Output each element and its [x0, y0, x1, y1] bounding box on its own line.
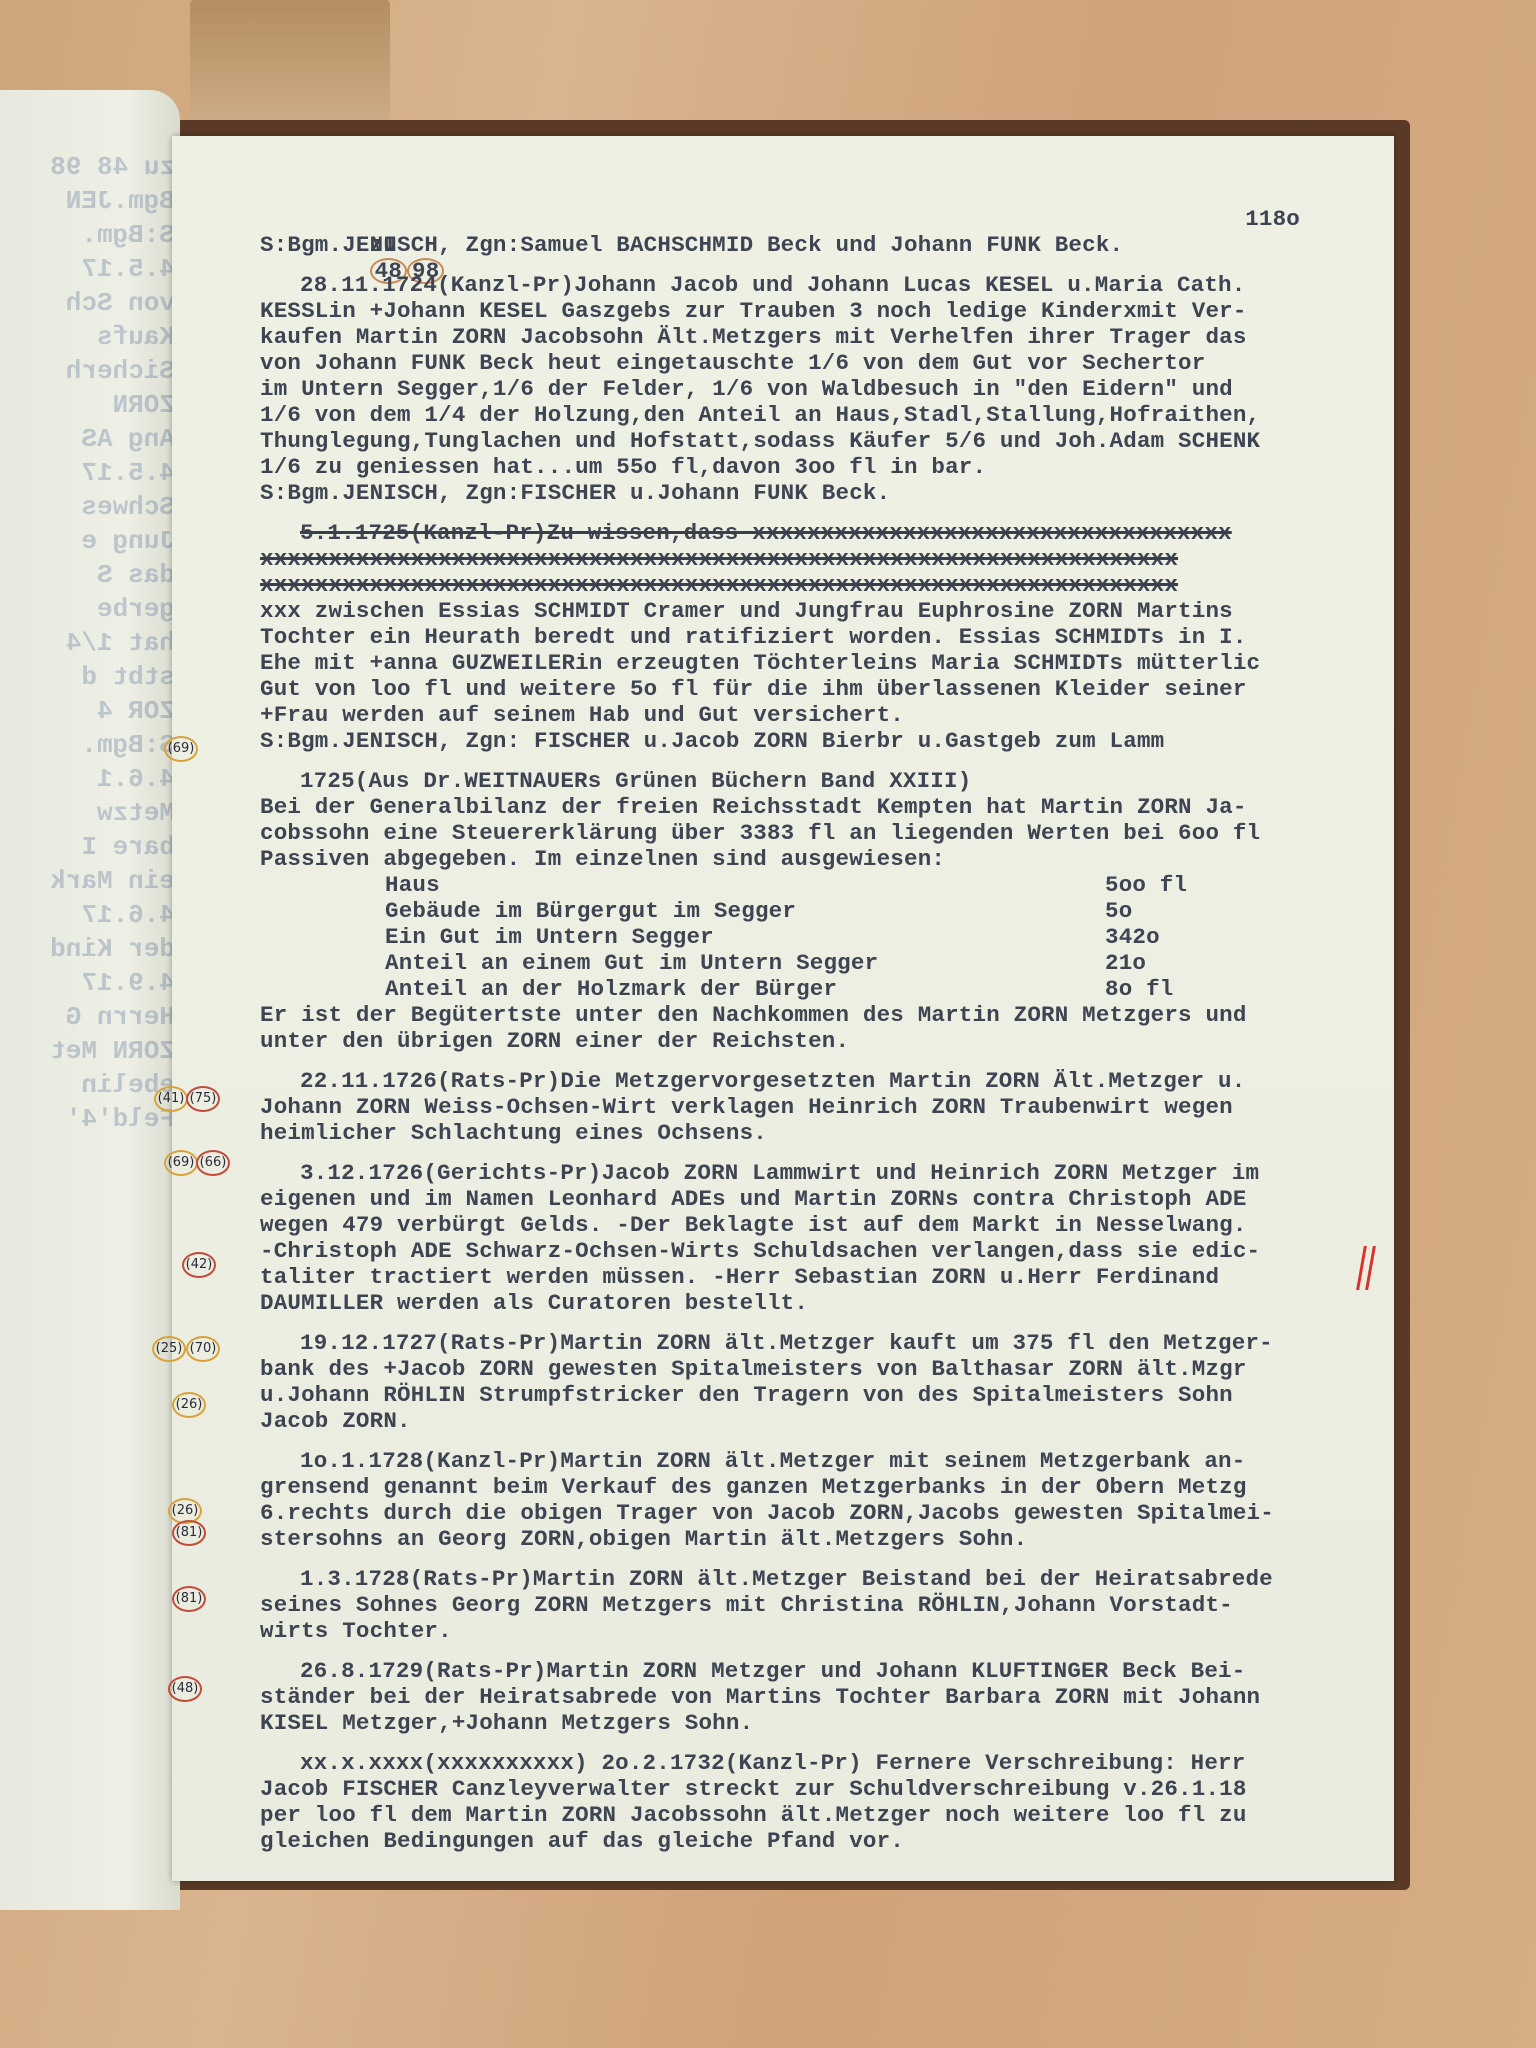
- margin-note: (75): [186, 1086, 220, 1112]
- margin-note: (69): [164, 1150, 198, 1176]
- asset-item: Anteil an einem Gut im Untern Segger: [385, 950, 1105, 976]
- text-line: unter den übrigen ZORN einer der Reichst…: [260, 1028, 1380, 1054]
- asset-item: Anteil an der Holzmark der Bürger: [385, 976, 1105, 1002]
- text-line: 22.11.1726(Rats-Pr)Die Metzgervorgesetzt…: [260, 1068, 1380, 1094]
- bleed-through-text: zu 48 98 Bgm.JEN S:Bgm. 4.5.17 von Sch K…: [0, 150, 175, 1136]
- body-lines: S:Bgm.JENISCH, Zgn:Samuel BACHSCHMID Bec…: [260, 232, 1380, 1854]
- asset-item: Gebäude im Bürgergut im Segger: [385, 898, 1105, 924]
- text-line: Jacob FISCHER Canzleyverwalter streckt z…: [260, 1776, 1380, 1802]
- text-line: Bei der Generalbilanz der freien Reichss…: [260, 794, 1380, 820]
- asset-amount: 342o: [1105, 924, 1285, 950]
- text-line: von Johann FUNK Beck heut eingetauschte …: [260, 350, 1380, 376]
- margin-note: (48): [168, 1676, 202, 1702]
- text-line: 1/6 von dem 1/4 der Holzung,den Anteil a…: [260, 402, 1380, 428]
- paragraph-gap: [260, 1736, 1380, 1750]
- asset-amount: 5oo fl: [1105, 872, 1285, 898]
- text-line: bank des +Jacob ZORN gewesten Spitalmeis…: [260, 1356, 1380, 1382]
- paragraph-gap: [260, 1644, 1380, 1658]
- typewritten-text: zu 4898 118o S:Bgm.JENISCH, Zgn:Samuel B…: [260, 206, 1380, 1854]
- text-line: 19.12.1727(Rats-Pr)Martin ZORN ält.Metzg…: [260, 1330, 1380, 1356]
- paragraph-gap: [260, 1552, 1380, 1566]
- asset-row: Anteil an einem Gut im Untern Segger21o: [260, 950, 1380, 976]
- text-line: Ehe mit +anna GUZWEILERin erzeugten Töch…: [260, 650, 1380, 676]
- document-page: zu 4898 118o S:Bgm.JENISCH, Zgn:Samuel B…: [172, 136, 1394, 1881]
- text-line: ständer bei der Heiratsabrede von Martin…: [260, 1684, 1380, 1710]
- paragraph-gap: [260, 1146, 1380, 1160]
- text-line: Passiven abgegeben. Im einzelnen sind au…: [260, 846, 1380, 872]
- text-line: 1.3.1728(Rats-Pr)Martin ZORN ält.Metzger…: [260, 1566, 1380, 1592]
- text-line: 5.1.1725(Kanzl-Pr)Zu wissen,dass xxxxxxx…: [260, 520, 1380, 546]
- text-line: xxxxxxxxxxxxxxxxxxxxxxxxxxxxxxxxxxxxxxxx…: [260, 572, 1380, 598]
- paragraph-gap: [260, 506, 1380, 520]
- text-line: 3.12.1726(Gerichts-Pr)Jacob ZORN Lammwir…: [260, 1160, 1380, 1186]
- text-line: seines Sohnes Georg ZORN Metzgers mit Ch…: [260, 1592, 1380, 1618]
- text-line: 1/6 zu geniessen hat...um 55o fl,davon 3…: [260, 454, 1380, 480]
- margin-note: (42): [182, 1252, 216, 1278]
- left-page: zu 48 98 Bgm.JEN S:Bgm. 4.5.17 von Sch K…: [0, 90, 180, 1910]
- margin-note: (26): [172, 1392, 206, 1418]
- asset-row: Haus5oo fl: [260, 872, 1380, 898]
- text-line: KISEL Metzger,+Johann Metzgers Sohn.: [260, 1710, 1380, 1736]
- asset-amount: 21o: [1105, 950, 1285, 976]
- text-line: wirts Tochter.: [260, 1618, 1380, 1644]
- text-line: S:Bgm.JENISCH, Zgn:FISCHER u.Johann FUNK…: [260, 480, 1380, 506]
- text-line: +Frau werden auf seinem Hab und Gut vers…: [260, 702, 1380, 728]
- text-line: 6.rechts durch die obigen Trager von Jac…: [260, 1500, 1380, 1526]
- text-line: 1725(Aus Dr.WEITNAUERs Grünen Büchern Ba…: [260, 768, 1380, 794]
- paragraph-gap: [260, 1316, 1380, 1330]
- text-line: KESSLin +Johann KESEL Gaszgebs zur Traub…: [260, 298, 1380, 324]
- asset-amount: 5o: [1105, 898, 1285, 924]
- text-line: Er ist der Begütertste unter den Nachkom…: [260, 1002, 1380, 1028]
- text-line: kaufen Martin ZORN Jacobsohn Ält.Metzger…: [260, 324, 1380, 350]
- margin-note: (41): [154, 1086, 188, 1112]
- text-line: xx.x.xxxx(xxxxxxxxxx) 2o.2.1732(Kanzl-Pr…: [260, 1750, 1380, 1776]
- text-line: S:Bgm.JENISCH, Zgn:Samuel BACHSCHMID Bec…: [260, 232, 1380, 258]
- text-line: per loo fl dem Martin ZORN Jacobssohn äl…: [260, 1802, 1380, 1828]
- text-line: S:Bgm.JENISCH, Zgn: FISCHER u.Jacob ZORN…: [260, 728, 1380, 754]
- asset-row: Gebäude im Bürgergut im Segger5o: [260, 898, 1380, 924]
- text-line: eigenen und im Namen Leonhard ADEs und M…: [260, 1186, 1380, 1212]
- paragraph-gap: [260, 1054, 1380, 1068]
- paragraph-gap: [260, 754, 1380, 768]
- margin-note: (81): [172, 1586, 206, 1612]
- margin-note: (66): [196, 1150, 230, 1176]
- page-header: zu 4898 118o: [260, 206, 1300, 232]
- asset-item: Ein Gut im Untern Segger: [385, 924, 1105, 950]
- text-line: taliter tractiert werden müssen. -Herr S…: [260, 1264, 1380, 1290]
- text-line: Johann ZORN Weiss-Ochsen-Wirt verklagen …: [260, 1094, 1380, 1120]
- asset-row: Anteil an der Holzmark der Bürger8o fl: [260, 976, 1380, 1002]
- asset-item: Haus: [385, 872, 1105, 898]
- text-line: xxxxxxxxxxxxxxxxxxxxxxxxxxxxxxxxxxxxxxxx…: [260, 546, 1380, 572]
- text-line: im Untern Segger,1/6 der Felder, 1/6 von…: [260, 376, 1380, 402]
- asset-amount: 8o fl: [1105, 976, 1285, 1002]
- text-line: stersohns an Georg ZORN,obigen Martin äl…: [260, 1526, 1380, 1552]
- page-number: 118o: [1245, 206, 1300, 232]
- margin-note: (70): [186, 1336, 220, 1362]
- text-line: 28.11.1724(Kanzl-Pr)Johann Jacob und Joh…: [260, 272, 1380, 298]
- text-line: heimlicher Schlachtung eines Ochsens.: [260, 1120, 1380, 1146]
- text-line: grensend genannt beim Verkauf des ganzen…: [260, 1474, 1380, 1500]
- margin-note: (81): [172, 1520, 206, 1546]
- text-line: 1o.1.1728(Kanzl-Pr)Martin ZORN ält.Metzg…: [260, 1448, 1380, 1474]
- margin-note: (69): [164, 736, 198, 762]
- text-line: Thunglegung,Tunglachen und Hofstatt,soda…: [260, 428, 1380, 454]
- text-line: Jacob ZORN.: [260, 1408, 1380, 1434]
- text-line: Tochter ein Heurath beredt und ratifizie…: [260, 624, 1380, 650]
- text-line: -Christoph ADE Schwarz-Ochsen-Wirts Schu…: [260, 1238, 1380, 1264]
- asset-row: Ein Gut im Untern Segger342o: [260, 924, 1380, 950]
- text-line: xxx zwischen Essias SCHMIDT Cramer und J…: [260, 598, 1380, 624]
- text-line: cobssohn eine Steuererklärung über 3383 …: [260, 820, 1380, 846]
- paragraph-gap: [260, 1434, 1380, 1448]
- text-line: u.Johann RÖHLIN Strumpfstricker den Trag…: [260, 1382, 1380, 1408]
- margin-note: (25): [152, 1336, 186, 1362]
- text-line: Gut von loo fl und weitere 5o fl für die…: [260, 676, 1380, 702]
- text-line: DAUMILLER werden als Curatoren bestellt.: [260, 1290, 1380, 1316]
- text-line: 26.8.1729(Rats-Pr)Martin ZORN Metzger un…: [260, 1658, 1380, 1684]
- text-line: wegen 479 verbürgt Gelds. -Der Beklagte …: [260, 1212, 1380, 1238]
- text-line: gleichen Bedingungen auf das gleiche Pfa…: [260, 1828, 1380, 1854]
